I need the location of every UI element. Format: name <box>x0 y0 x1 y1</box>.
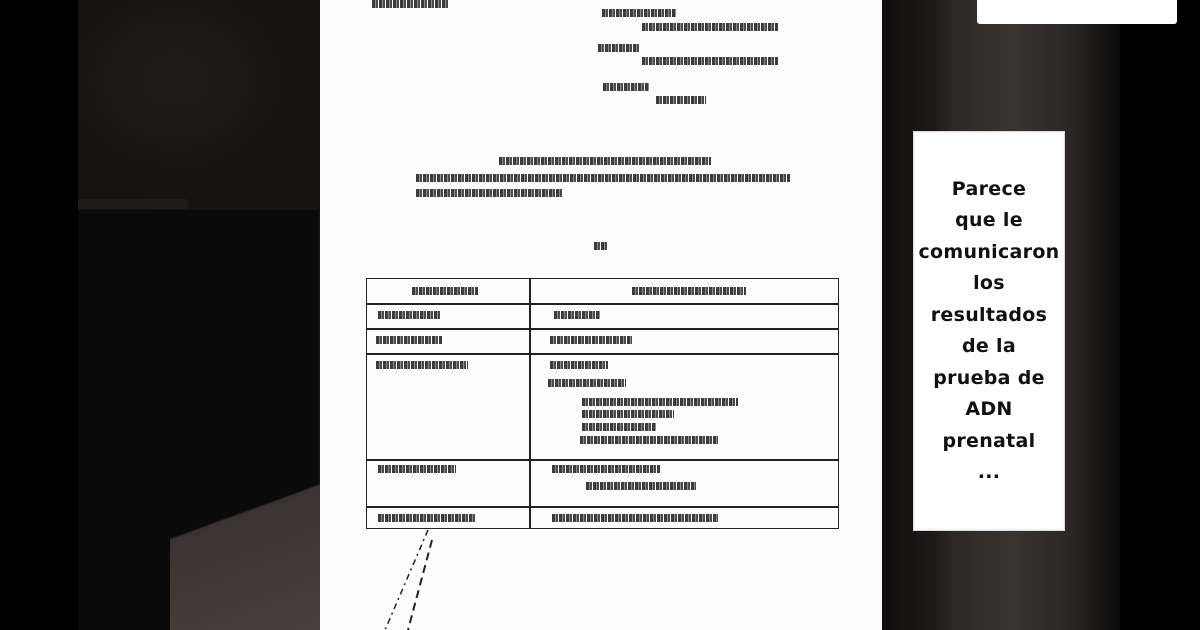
table-cell <box>586 482 696 490</box>
background-plant <box>78 0 318 200</box>
table-cell <box>548 379 626 387</box>
table-cell <box>582 423 656 431</box>
table-cell <box>378 311 440 319</box>
table-divider <box>529 279 531 528</box>
doc-address-line <box>602 9 676 17</box>
speech-bubble-top <box>977 0 1177 24</box>
table-cell <box>378 514 476 522</box>
table-cell <box>550 361 608 369</box>
doc-header-line <box>372 0 448 8</box>
table-row-divider <box>367 353 838 355</box>
table-cell <box>378 465 456 473</box>
table-cell <box>554 311 600 319</box>
table-cell <box>552 465 660 473</box>
table-cell <box>552 514 718 522</box>
doc-address-line <box>656 96 706 104</box>
narration-caption-box: Parece que le comunicaron los resultados… <box>914 132 1064 530</box>
table-cell <box>550 336 632 344</box>
table-cell <box>376 361 468 369</box>
table-cell <box>376 336 442 344</box>
table-row-divider <box>367 328 838 330</box>
doc-paragraph-line <box>416 189 562 197</box>
table-header-cell <box>412 287 478 295</box>
doc-address-line <box>598 44 640 52</box>
table-cell <box>582 398 738 406</box>
background-shelf <box>78 199 188 209</box>
signature-mark <box>380 530 440 630</box>
table-header-cell <box>632 287 746 295</box>
table-cell <box>580 436 718 444</box>
doc-paragraph-line <box>416 174 790 182</box>
doc-note <box>594 242 608 250</box>
table-cell <box>582 410 674 418</box>
doc-address-line <box>642 23 778 31</box>
table-row-divider <box>367 506 838 508</box>
panel-border-right <box>1120 0 1200 630</box>
narration-caption-text: Parece que le comunicaron los resultados… <box>918 174 1059 489</box>
hand-silhouette <box>170 440 320 630</box>
doc-paragraph-line <box>499 157 711 165</box>
doc-address-line <box>642 57 778 65</box>
table-row-divider <box>367 303 838 305</box>
table-row-divider <box>367 459 838 461</box>
doc-address-line <box>603 83 649 91</box>
